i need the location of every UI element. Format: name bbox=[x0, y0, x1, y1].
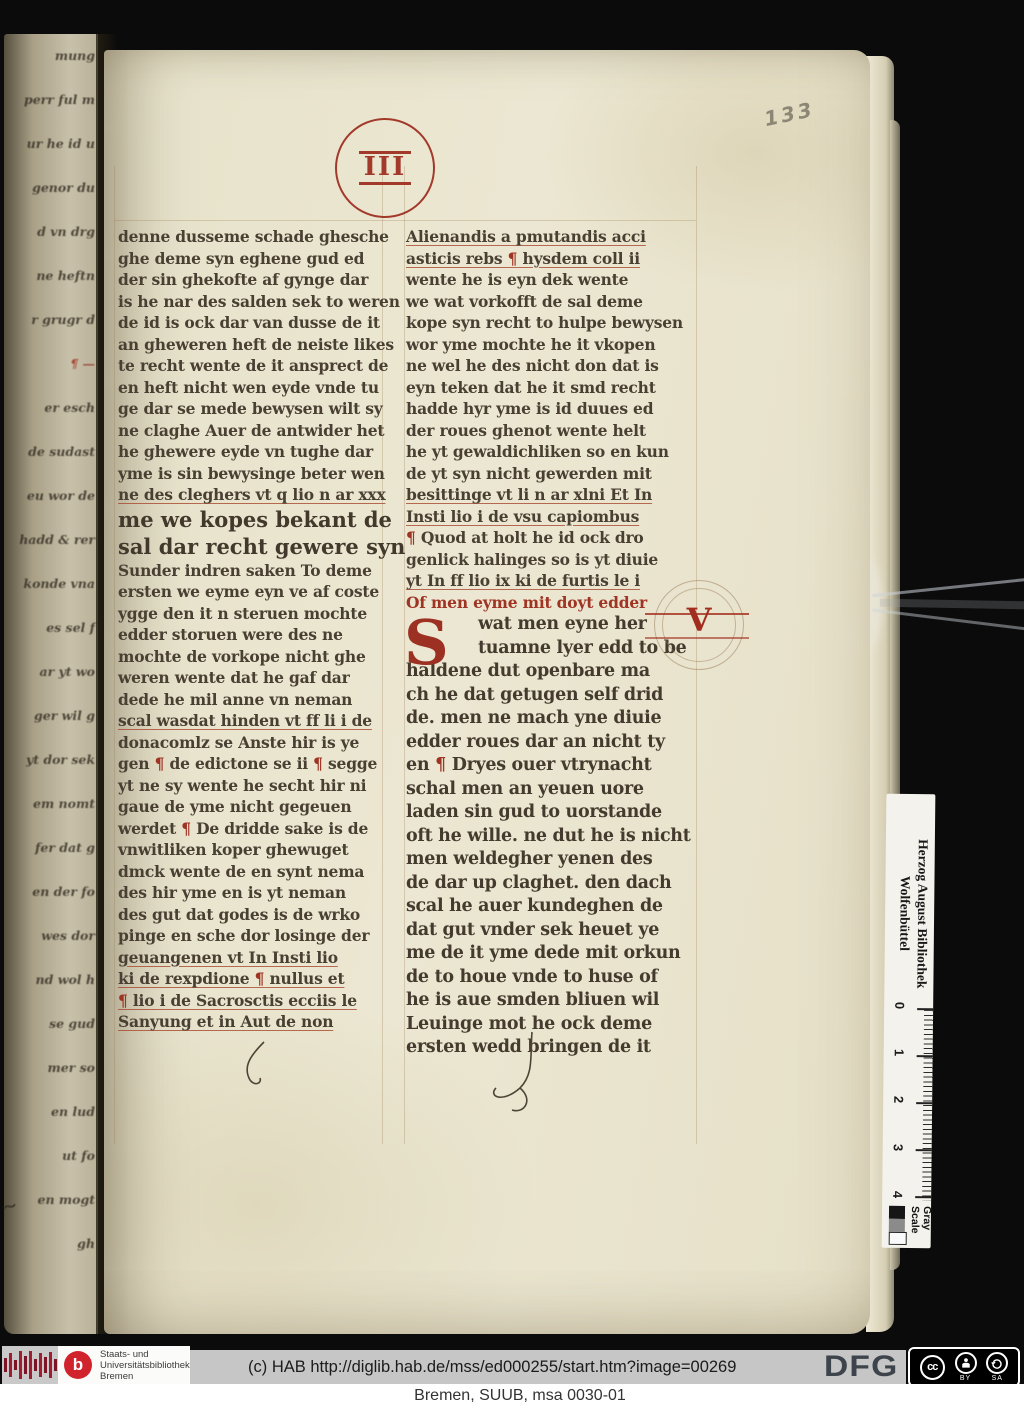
ruling-line bbox=[114, 220, 696, 221]
manuscript-line: yt In ff lio ix ki de furtis le i bbox=[406, 570, 678, 592]
manuscript-line: edder roues dar an nicht ty bbox=[406, 731, 678, 755]
manuscript-line: me we kopes bekant de bbox=[118, 506, 390, 533]
manuscript-line: Sunder indren saken To deme bbox=[118, 560, 390, 582]
manuscript-line: mochte de vorkope nicht ghe bbox=[118, 646, 390, 668]
ruler-tick-cm bbox=[917, 1055, 933, 1057]
manuscript-line: des gut dat godes is de wrko bbox=[118, 904, 390, 926]
facing-page-text-fragment: ut fo bbox=[4, 1134, 98, 1178]
facing-page-text-fragment: en der fo bbox=[4, 870, 98, 914]
cc-sa-block: SA bbox=[986, 1352, 1008, 1382]
facing-page-text-fragment: gh bbox=[4, 1222, 98, 1266]
manuscript-line: scal wasdat hinden vt ff li i de bbox=[118, 710, 390, 732]
facing-page-text-fragment: nd wol h bbox=[4, 958, 98, 1002]
manuscript-line: Alienandis a pmutandis acci bbox=[406, 226, 678, 248]
suub-b-logo: b bbox=[64, 1351, 92, 1379]
manuscript-line: gaue de yme nicht gegeuen bbox=[118, 796, 390, 818]
facing-page-text-fragment: yt dor sek bbox=[4, 738, 98, 782]
manuscript-line: an gheweren heft de neiste likes bbox=[118, 334, 390, 356]
cc-by-person-icon bbox=[955, 1352, 977, 1374]
dfg-logo: DFG bbox=[824, 1351, 898, 1383]
manuscript-line: der sin ghekofte af gynge dar bbox=[118, 269, 390, 291]
manuscript-line: sal dar recht gewere syn bbox=[118, 533, 390, 560]
manuscript-line: dat gut vnder sek heuet ye bbox=[406, 919, 678, 943]
manuscript-line: ¶ lio i de Sacrosctis ecciis le bbox=[118, 990, 390, 1012]
facing-page-text-fragment: hadd & rer bbox=[4, 518, 98, 562]
facing-page-text-fragment: r grugr d bbox=[4, 298, 98, 342]
copyright-url: (c) HAB http://diglib.hab.de/mss/ed00025… bbox=[190, 1358, 736, 1377]
manuscript-line: genlick halinges so is yt diuie bbox=[406, 549, 678, 571]
folio-number: 133 bbox=[762, 97, 817, 131]
pen-flourish bbox=[484, 1030, 554, 1125]
library-name-line: Staats- und bbox=[100, 1349, 190, 1360]
shelfmark: Bremen, SUUB, msa 0030-01 bbox=[0, 1384, 1024, 1408]
cc-license-badge: cc BY SA bbox=[908, 1347, 1020, 1387]
manuscript-line: ersten we eyme eyn ve af coste bbox=[118, 581, 390, 603]
manuscript-line: he ghewere eyde vn tughe dar bbox=[118, 441, 390, 463]
manuscript-line: Sanyung et in Aut de non bbox=[118, 1011, 390, 1033]
pen-flourish bbox=[234, 1040, 274, 1095]
institution-name: Herzog August Bibliothek bbox=[912, 804, 932, 1024]
facing-page-text-fragment: konde vna bbox=[4, 562, 98, 606]
text-column-left: denne dusseme schade ghescheghe deme syn… bbox=[118, 226, 390, 1033]
manuscript-line: is he nar des salden sek to weren bbox=[118, 291, 390, 313]
quire-mark: III bbox=[359, 151, 412, 184]
ruler-number: 2 bbox=[891, 1096, 906, 1103]
manuscript-line: Insti lio i de vsu capiombus bbox=[406, 506, 678, 528]
facing-page-text-fragment: en lud bbox=[4, 1090, 98, 1134]
manuscript-line: de to houe vnde to huse of bbox=[406, 966, 678, 990]
facing-page-text-fragment: mer so bbox=[4, 1046, 98, 1090]
facing-page-text-fragment: ger wil g bbox=[4, 694, 98, 738]
gray-scale-black bbox=[889, 1206, 905, 1219]
suub-pipes-logo bbox=[2, 1346, 58, 1384]
suub-logo-block: b Staats- und Universitätsbibliothek Bre… bbox=[58, 1346, 190, 1384]
manuscript-line: dede he mil anne vn neman bbox=[118, 689, 390, 711]
facing-page-text-fragment: ¶ — bbox=[4, 342, 98, 386]
institution-city: Wolfenbüttel bbox=[895, 804, 915, 1024]
manuscript-line: geuangenen vt In Insti lio bbox=[118, 947, 390, 969]
gray-scale-gray bbox=[889, 1219, 905, 1232]
manuscript-line: asticis rebs ¶ hysdem coll ii bbox=[406, 248, 678, 270]
manuscript-line: donacomlz se Anste hir is ye bbox=[118, 732, 390, 754]
manuscript-page: 133 III denne dusseme schade ghescheghe … bbox=[104, 50, 870, 1334]
manuscript-line: scal he auer kundeghen de bbox=[406, 895, 678, 919]
gray-scale-white bbox=[889, 1232, 907, 1245]
manuscript-line: yt ne sy wente he secht hir ni bbox=[118, 775, 390, 797]
manuscript-line: de. men ne mach yne diuie bbox=[406, 707, 678, 731]
ruling-line bbox=[114, 166, 115, 1144]
manuscript-line: ygge den it n steruen mochte bbox=[118, 603, 390, 625]
manuscript-line: ki de rexpdione ¶ nullus et bbox=[118, 968, 390, 990]
facing-page-text-fragment: de sudast bbox=[4, 430, 98, 474]
manuscript-line: men weldegher yenen des bbox=[406, 848, 678, 872]
manuscript-line: des hir yme en is yt neman bbox=[118, 882, 390, 904]
rubricated-initial: S bbox=[404, 610, 449, 676]
manuscript-line: en heft nicht wen eyde vnde tu bbox=[118, 377, 390, 399]
gray-scale-patches bbox=[889, 1206, 905, 1245]
copyright-band: (c) HAB http://diglib.hab.de/mss/ed00025… bbox=[190, 1350, 906, 1384]
manuscript-line: ¶ Quod at holt he id ock dro bbox=[406, 527, 678, 549]
manuscript-line: de yt syn nicht gewerden mit bbox=[406, 463, 678, 485]
facing-page-text-fragment: em nomt bbox=[4, 782, 98, 826]
manuscript-line: wor yme mochte he it vkopen bbox=[406, 334, 678, 356]
facing-page-text-fragment: eu wor de bbox=[4, 474, 98, 518]
ruler-tick-cm bbox=[915, 1196, 931, 1198]
library-name-line: Bremen bbox=[100, 1371, 190, 1382]
ruler-tick-cm bbox=[917, 1008, 933, 1010]
manuscript-line: denne dusseme schade ghesche bbox=[118, 226, 390, 248]
manuscript-line: kope syn recht to hulpe bewysen bbox=[406, 312, 678, 334]
manuscript-line: we wat vorkofft de sal deme bbox=[406, 291, 678, 313]
facing-page-text-fragment: ur he id u bbox=[4, 122, 98, 166]
facing-page-text-fragment: en mogt bbox=[4, 1178, 98, 1222]
ruler-numbers: 01234 bbox=[890, 1002, 907, 1198]
manuscript-line: werdet ¶ De dridde sake is de bbox=[118, 818, 390, 840]
manuscript-line: ghe deme syn eghene gud ed bbox=[118, 248, 390, 270]
facing-page-text-fragment: er esch bbox=[4, 386, 98, 430]
section-mark-circle: V bbox=[654, 580, 744, 670]
manuscript-line: dmck wente de en synt nema bbox=[118, 861, 390, 883]
manuscript-line: ne claghe Auer de antwider het bbox=[118, 420, 390, 442]
manuscript-line: ne des cleghers vt q lio n ar xxx bbox=[118, 484, 390, 506]
section-mark: V bbox=[655, 601, 743, 639]
manuscript-line: ge dar se mede bewysen wilt sy bbox=[118, 398, 390, 420]
manuscript-line: hadde hyr yme is id duues ed bbox=[406, 398, 678, 420]
text-column-right: S Alienandis a pmutandis acciasticis reb… bbox=[406, 226, 678, 1060]
manuscript-line: pinge en sche dor losinge der bbox=[118, 925, 390, 947]
manuscript-line: en ¶ Dryes ouer vtrynacht bbox=[406, 754, 678, 778]
facing-page-text-fragment: genor du bbox=[4, 166, 98, 210]
manuscript-line: edder storuen were des ne bbox=[118, 624, 390, 646]
manuscript-line: de dar up claghet. den dach bbox=[406, 872, 678, 896]
cc-sa-label: SA bbox=[992, 1375, 1003, 1382]
facing-page-edge: mungperr ful mur he id ugenor dud vn drg… bbox=[4, 34, 98, 1334]
cc-icon: cc bbox=[920, 1355, 945, 1380]
ruler-number: 0 bbox=[892, 1002, 907, 1009]
manuscript-line: gen ¶ de edictone se ii ¶ segge bbox=[118, 753, 390, 775]
suub-library-name: Staats- und Universitätsbibliothek Breme… bbox=[100, 1349, 190, 1382]
ruler-number: 1 bbox=[892, 1049, 907, 1056]
facing-page-text-fragment: mung bbox=[4, 34, 98, 78]
ruler-number: 3 bbox=[891, 1143, 906, 1150]
facing-page-text-fragment: se gud bbox=[4, 1002, 98, 1046]
manuscript-line: te recht wente de it ansprect de bbox=[118, 355, 390, 377]
facing-page-text-fragment: wes dor bbox=[4, 914, 98, 958]
manuscript-line: he yt gewaldichliken so en kun bbox=[406, 441, 678, 463]
manuscript-line: vnwitliken koper ghewuget bbox=[118, 839, 390, 861]
cc-by-block: BY bbox=[955, 1352, 977, 1382]
ruler-number: 4 bbox=[890, 1191, 905, 1198]
manuscript-line: ne wel he des nicht don dat is bbox=[406, 355, 678, 377]
manuscript-line: laden sin gud to uorstande bbox=[406, 801, 678, 825]
facing-page-text-fragment: ar yt wo bbox=[4, 650, 98, 694]
cc-sa-arrow-icon bbox=[986, 1352, 1008, 1374]
manuscript-line: der roues ghenot wente helt bbox=[406, 420, 678, 442]
gray-scale-label: Gray Scale bbox=[909, 1206, 933, 1248]
manuscript-line: ch he dat getugen self drid bbox=[406, 684, 678, 708]
ruler-tick-cm bbox=[916, 1102, 932, 1104]
cc-by-label: BY bbox=[960, 1375, 971, 1382]
manuscript-line: yme is sin bewysinge beter wen bbox=[118, 463, 390, 485]
quire-mark-circle: III bbox=[335, 118, 435, 218]
manuscript-line: eyn teken dat he it smd recht bbox=[406, 377, 678, 399]
ruler-ticks bbox=[922, 1010, 933, 1200]
manuscript-line: schal men an yeuen uore bbox=[406, 778, 678, 802]
calibration-strip: Herzog August Bibliothek Wolfenbüttel 01… bbox=[882, 794, 936, 1248]
facing-page-text-fragment: fer dat g bbox=[4, 826, 98, 870]
caption-strip: Bremen, SUUB, msa 0030-01 bbox=[0, 1384, 1024, 1409]
page-clamp-arm bbox=[880, 599, 1024, 610]
manuscript-line: me de it yme dede mit orkun bbox=[406, 942, 678, 966]
library-name-line: Universitätsbibliothek bbox=[100, 1360, 190, 1371]
manuscript-line: he is aue smden bliuen wil bbox=[406, 989, 678, 1013]
manuscript-line: besittinge vt li n ar xlni Et In bbox=[406, 484, 678, 506]
photo-stage: mungperr ful mur he id ugenor dud vn drg… bbox=[0, 0, 1024, 1409]
manuscript-line: wente he is eyn dek wente bbox=[406, 269, 678, 291]
manuscript-line: oft he wille. ne dut he is nicht bbox=[406, 825, 678, 849]
facing-page-text-fragment: perr ful m bbox=[4, 78, 98, 122]
manuscript-line: de id is ock dar van dusse de it bbox=[118, 312, 390, 334]
manuscript-line: weren wente dat he gaf dar bbox=[118, 667, 390, 689]
facing-page-text-fragment: es sel f bbox=[4, 606, 98, 650]
institution-label: Herzog August Bibliothek Wolfenbüttel bbox=[895, 804, 932, 1024]
ruler-tick-cm bbox=[916, 1149, 932, 1151]
facing-page-text-fragment: ne heftn bbox=[4, 254, 98, 298]
facing-page-text-fragment: d vn drg bbox=[4, 210, 98, 254]
